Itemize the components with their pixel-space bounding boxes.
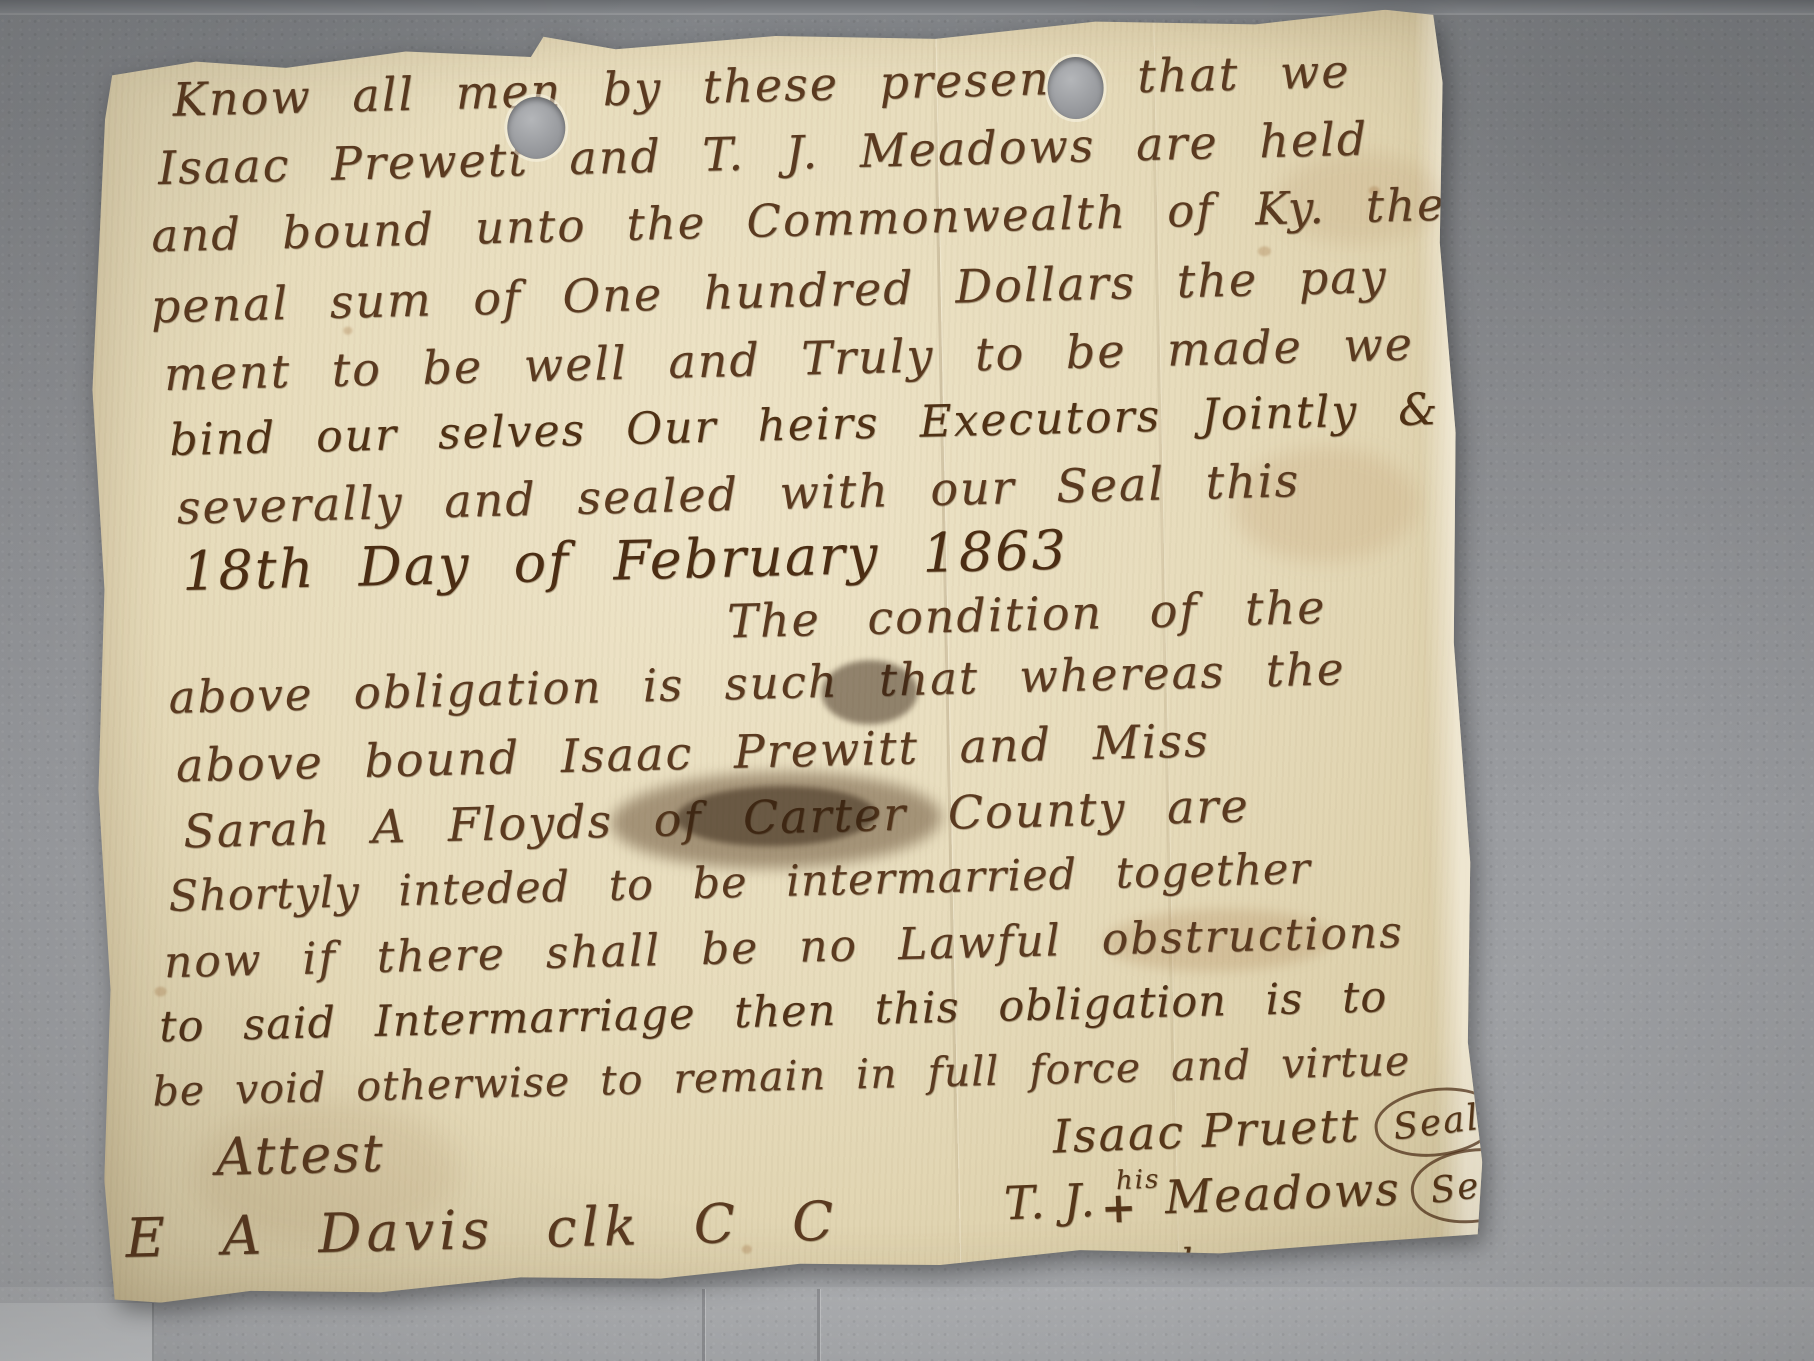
seal-2: Seal [1407,1141,1541,1230]
handwriting-line-12: Sarah A Floyds of Carter County are [183,780,1250,857]
mark-word-label: mark [1102,1242,1205,1285]
photo-scene: Know all men by these presents that we I… [0,0,1814,1361]
document-paper-wrap: Know all men by these presents that we I… [88,16,1480,1302]
handwriting-line-2: Isaac Prewett and T. J. Meadows are held [157,114,1368,194]
his-mark-stack: his + [1100,1170,1162,1226]
signature-first: T. J. [1003,1173,1098,1230]
signature-last: Meadows [1164,1161,1402,1224]
attest-label: Attest [215,1126,385,1187]
seal-text: Seal [1390,1096,1481,1148]
document-paper: Know all men by these presents that we I… [75,2,1493,1316]
punch-hole-right [1047,56,1104,119]
handwriting-line-9: The condition of the [727,582,1327,647]
clerk-signature: E A Davis clk C C [125,1191,839,1268]
handwriting-line-15: to said Intermarriage then this obligati… [159,974,1388,1051]
handwriting-line-10: above obligation is such that whereas th… [168,644,1346,722]
handwriting-line-7: severally and sealed with our Seal this [176,455,1300,533]
handwriting-line-11: above bound Isaac Prewitt and Miss [175,715,1210,791]
table-corner-strip [0,1303,154,1361]
table-top-edge [0,0,1814,15]
seal-text: Seal [1428,1160,1519,1212]
handwriting-line-4: penal sum of One hundred Dollars the pay [150,251,1388,332]
handwriting-line-13: Shortyly inteded to be intermarried toge… [168,846,1311,921]
handwriting-line-3: and bound unto the Commonwealth of Ky. t… [151,180,1446,261]
handwriting-line-1: Know all men by these presents that we [172,46,1351,125]
